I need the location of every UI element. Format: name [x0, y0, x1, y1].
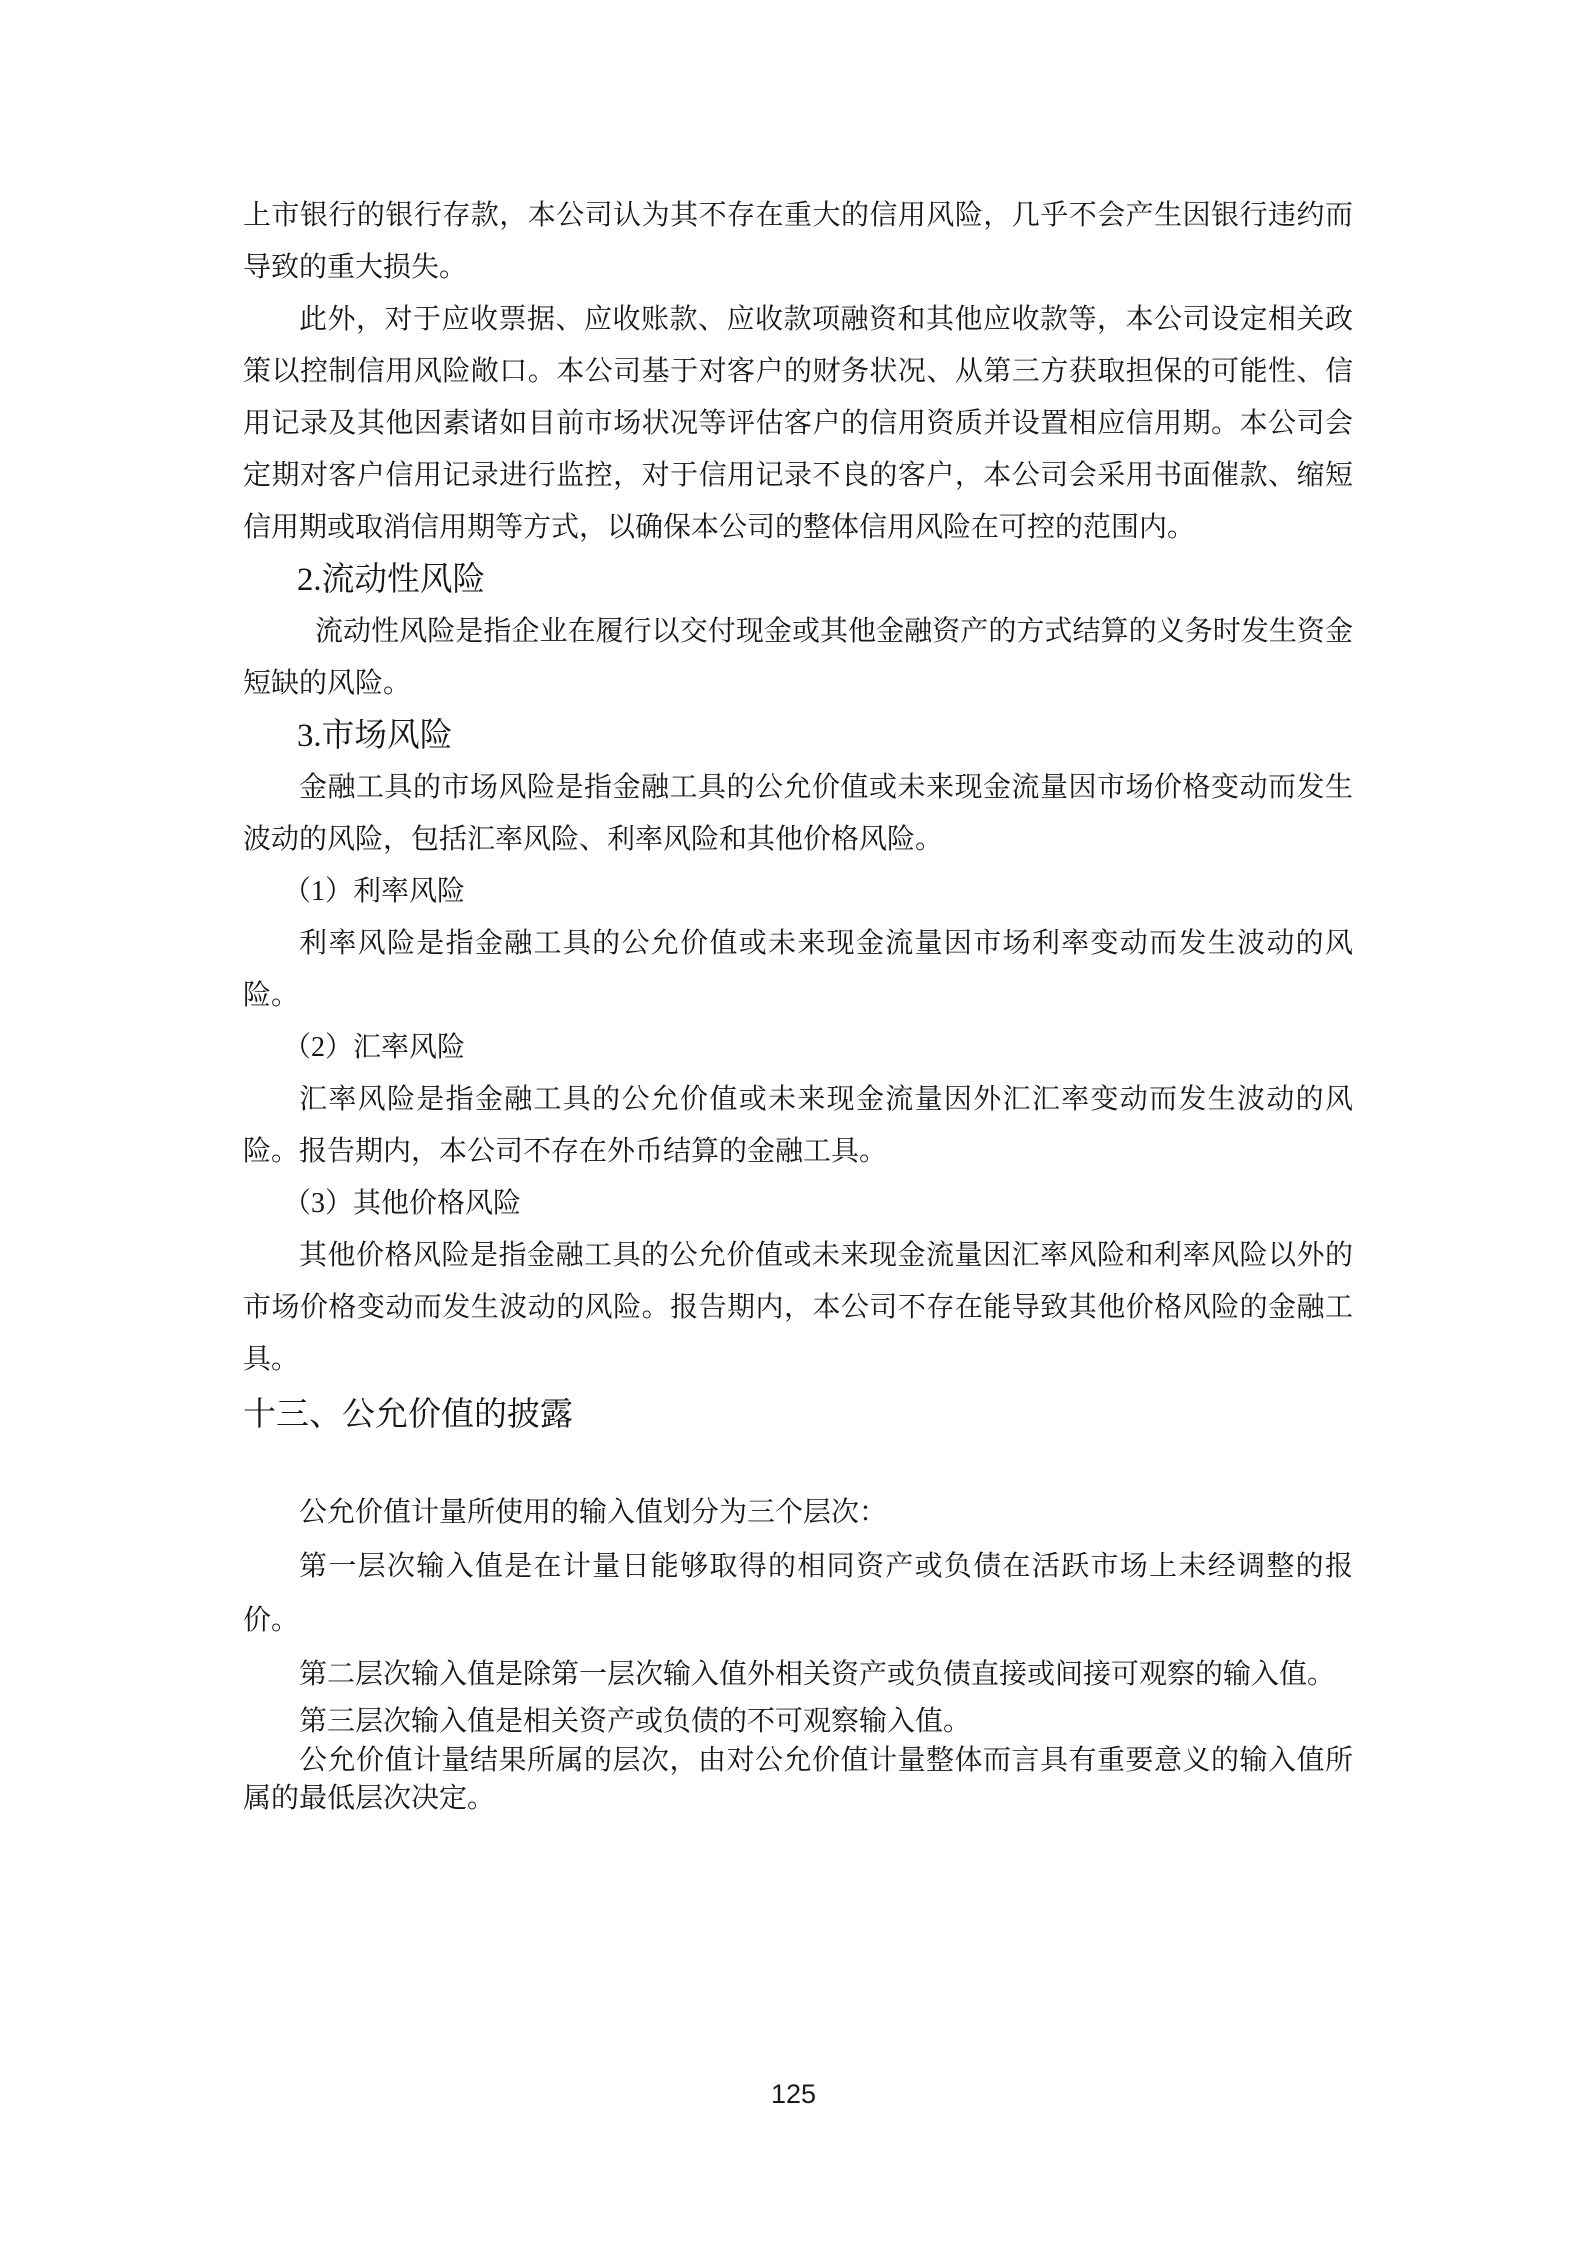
- paragraph-fair-value-level2: 第二层次输入值是除第一层次输入值外相关资产或负债直接或间接可观察的输入值。: [243, 1648, 1353, 1702]
- paragraph-credit-risk-policy: 此外，对于应收票据、应收账款、应收款项融资和其他应收款等，本公司设定相关政策以控…: [243, 294, 1353, 554]
- document-page: 上市银行的银行存款，本公司认为其不存在重大的信用风险，几乎不会产生因银行违约而导…: [0, 0, 1587, 2245]
- paragraph-fair-value-level1: 第一层次输入值是在计量日能够取得的相同资产或负债在活跃市场上未经调整的报价。: [243, 1540, 1353, 1648]
- fair-value-levels-block: 公允价值计量所使用的输入值划分为三个层次： 第一层次输入值是在计量日能够取得的相…: [243, 1486, 1353, 1702]
- paragraph-market-risk: 金融工具的市场风险是指金融工具的公允价值或未来现金流量因市场价格变动而发生波动的…: [243, 762, 1353, 866]
- paragraph-interest-rate-risk: 利率风险是指金融工具的公允价值或未来现金流量因市场利率变动而发生波动的风险。: [243, 918, 1353, 1022]
- paragraph-fair-value-level3: 第三层次输入值是相关资产或负债的不可观察输入值。: [243, 1702, 1353, 1742]
- heading-interest-rate-risk: （1）利率风险: [243, 866, 1353, 918]
- heading-fair-value-disclosure: 十三、公允价值的披露: [243, 1386, 1353, 1444]
- page-content: 上市银行的银行存款，本公司认为其不存在重大的信用风险，几乎不会产生因银行违约而导…: [243, 190, 1353, 1818]
- paragraph-other-price-risk: 其他价格风险是指金融工具的公允价值或未来现金流量因汇率风险和利率风险以外的市场价…: [243, 1230, 1353, 1386]
- paragraph-fair-value-intro: 公允价值计量所使用的输入值划分为三个层次：: [243, 1486, 1353, 1540]
- paragraph-liquidity-risk: 流动性风险是指企业在履行以交付现金或其他金融资产的方式结算的义务时发生资金短缺的…: [243, 606, 1353, 710]
- heading-market-risk: 3.市场风险: [243, 710, 1353, 762]
- heading-exchange-rate-risk: （2）汇率风险: [243, 1022, 1353, 1074]
- paragraph-exchange-rate-risk: 汇率风险是指金融工具的公允价值或未来现金流量因外汇汇率变动而发生波动的风险。报告…: [243, 1074, 1353, 1178]
- heading-liquidity-risk: 2.流动性风险: [243, 554, 1353, 606]
- paragraph-credit-risk-conclusion: 上市银行的银行存款，本公司认为其不存在重大的信用风险，几乎不会产生因银行违约而导…: [243, 190, 1353, 294]
- page-number: 125: [0, 2078, 1587, 2110]
- paragraph-fair-value-conclusion: 公允价值计量结果所属的层次，由对公允价值计量整体而言具有重要意义的输入值所属的最…: [243, 1742, 1353, 1818]
- heading-other-price-risk: （3）其他价格风险: [243, 1178, 1353, 1230]
